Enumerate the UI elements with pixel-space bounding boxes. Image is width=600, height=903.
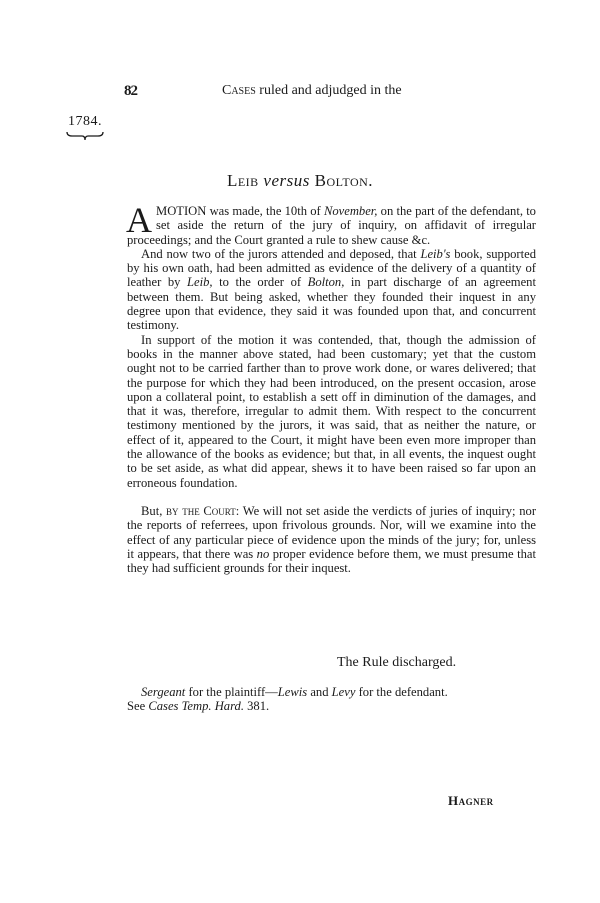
counsel-line: Sergeant for the plaintiff—Lewis and Lev… [127, 685, 536, 699]
text-run: and [307, 685, 331, 699]
paragraph-court: But, by the Court: We will not set aside… [127, 504, 536, 575]
by-the-court: by the Court: [166, 504, 239, 518]
name-italic: Bolton, [308, 275, 345, 289]
text-run: And now two of the jurors attended and d… [141, 247, 420, 261]
counsel-name: Lewis [278, 685, 307, 699]
brace-icon [66, 131, 104, 141]
counsel-name: Sergeant [141, 685, 185, 699]
paragraph-jurors: And now two of the jurors attended and d… [127, 247, 536, 333]
text-run: But, [141, 504, 166, 518]
case-versus: versus [263, 171, 309, 190]
case-defendant: Bolton. [315, 171, 373, 190]
running-head-caps: Cases [222, 83, 256, 98]
ruling: The Rule discharged. [337, 655, 456, 671]
case-title: Leib versus Bolton. [0, 171, 600, 191]
lead-caps: MOTION [156, 204, 206, 218]
text-run: to the order of [213, 275, 308, 289]
citation-page: 381. [244, 699, 269, 713]
drop-cap: A [126, 206, 152, 232]
paragraph-argument: In support of the motion it was contende… [127, 333, 536, 490]
emphasis-italic: no [257, 547, 270, 561]
paragraph-motion: A MOTION was made, the 10th of November,… [127, 204, 536, 247]
counsel-note: Sergeant for the plaintiff—Lewis and Lev… [127, 685, 536, 714]
text-run: for the plaintiff— [185, 685, 277, 699]
running-head-rest: ruled and adjudged in the [256, 83, 402, 98]
margin-year: 1784. [68, 114, 102, 130]
text-run: was made, the 10th of [206, 204, 324, 218]
case-plaintiff: Leib [227, 171, 259, 190]
running-head: Cases ruled and adjudged in the [222, 83, 402, 99]
name-italic: Leib's [420, 247, 450, 261]
citation-line: See Cases Temp. Hard. 381. [127, 699, 536, 713]
citation: Cases Temp. Hard. [148, 699, 244, 713]
page-number: 82 [124, 83, 137, 100]
counsel-name: Levy [332, 685, 356, 699]
text-run: See [127, 699, 148, 713]
month-italic: November, [324, 204, 378, 218]
case-body: A MOTION was made, the 10th of November,… [127, 204, 536, 575]
name-italic: Leib, [187, 275, 213, 289]
catchword: Hagner [448, 793, 494, 809]
text-run: for the defendant. [355, 685, 447, 699]
